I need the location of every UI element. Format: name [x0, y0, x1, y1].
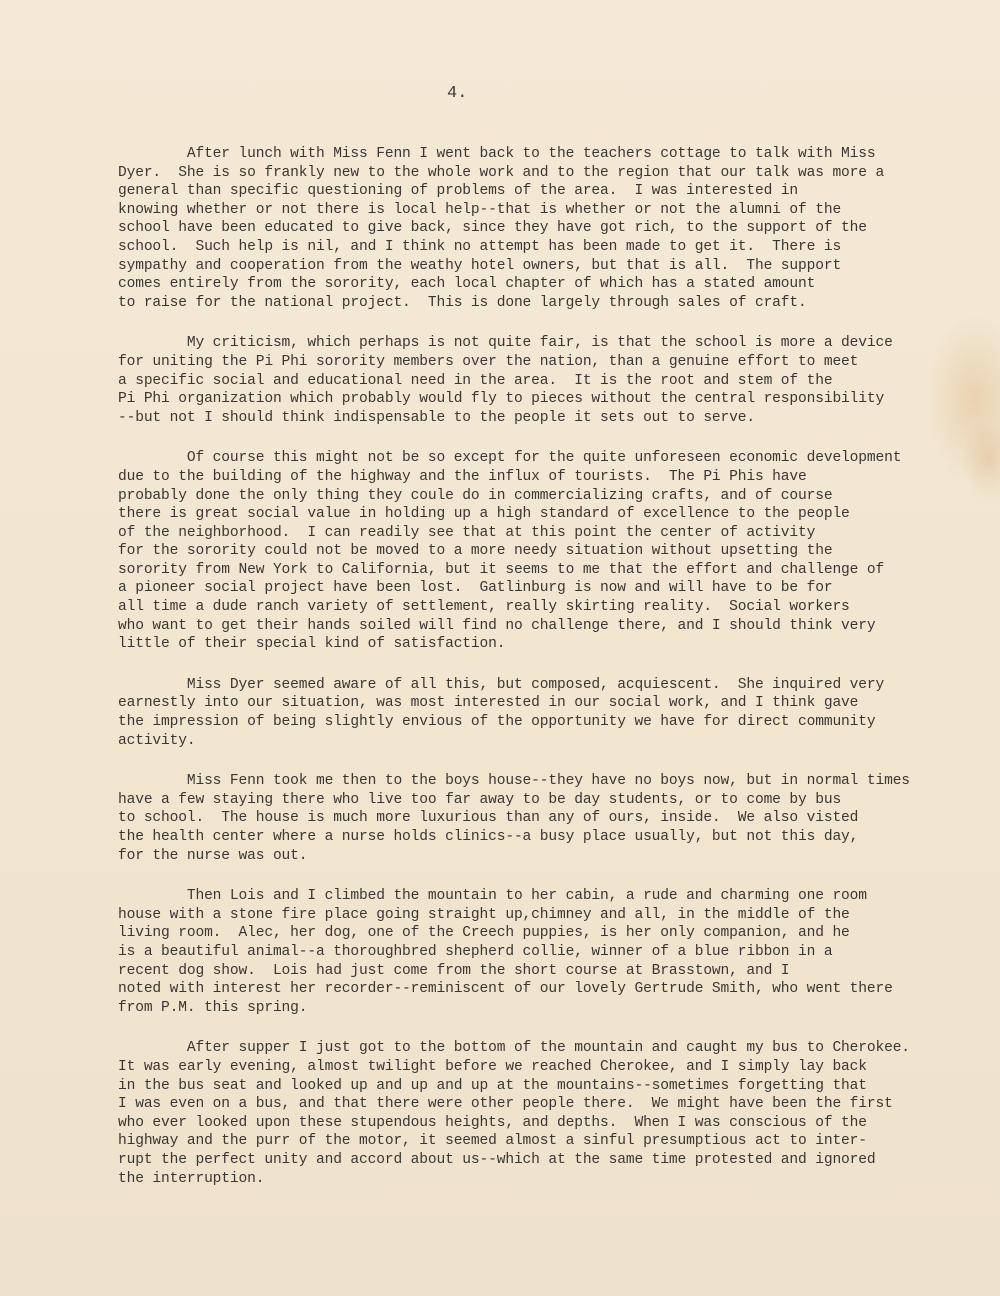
text-line: school. Such help is nil, and I think no… — [118, 238, 998, 257]
text-line: sorority from New York to California, bu… — [118, 561, 998, 580]
text-line: earnestly into our situation, was most i… — [118, 694, 998, 713]
text-line: due to the building of the highway and t… — [118, 468, 998, 487]
text-line: who ever looked upon these stupendous he… — [118, 1114, 998, 1133]
text-line: a specific social and educational need i… — [118, 372, 998, 391]
text-line: little of their special kind of satisfac… — [118, 635, 998, 654]
text-line: who want to get their hands soiled will … — [118, 617, 998, 636]
text-line: highway and the purr of the motor, it se… — [118, 1132, 998, 1151]
paragraph-lunch-with-miss-fenn: After lunch with Miss Fenn I went back t… — [118, 145, 998, 312]
text-line: probably done the only thing they coule … — [118, 487, 998, 506]
text-line: After lunch with Miss Fenn I went back t… — [118, 145, 998, 164]
paragraph-criticism: My criticism, which perhaps is not quite… — [118, 334, 998, 427]
text-line: from P.M. this spring. — [118, 999, 998, 1018]
typewritten-page: 4. After lunch with Miss Fenn I went bac… — [0, 0, 1000, 1296]
text-line: school have been educated to give back, … — [118, 219, 998, 238]
text-line: I was even on a bus, and that there were… — [118, 1095, 998, 1114]
paragraph-economic-development: Of course this might not be so except fo… — [118, 449, 998, 654]
text-line: of the neighborhood. I can readily see t… — [118, 524, 998, 543]
text-line: comes entirely from the sorority, each l… — [118, 275, 998, 294]
letter-body: After lunch with Miss Fenn I went back t… — [118, 145, 998, 1210]
text-line: for the nurse was out. — [118, 847, 998, 866]
text-line: the impression of being slightly envious… — [118, 713, 998, 732]
text-line: --but not I should think indispensable t… — [118, 409, 998, 428]
text-line: there is great social value in holding u… — [118, 505, 998, 524]
text-line: for the sorority could not be moved to a… — [118, 542, 998, 561]
page-number: 4. — [447, 84, 467, 103]
text-line: Miss Fenn took me then to the boys house… — [118, 772, 998, 791]
text-line: all time a dude ranch variety of settlem… — [118, 598, 998, 617]
paragraph-miss-dyer: Miss Dyer seemed aware of all this, but … — [118, 676, 998, 750]
text-line: My criticism, which perhaps is not quite… — [118, 334, 998, 353]
text-line: recent dog show. Lois had just come from… — [118, 962, 998, 981]
paragraph-lois-cabin: Then Lois and I climbed the mountain to … — [118, 887, 998, 1017]
paragraph-boys-house: Miss Fenn took me then to the boys house… — [118, 772, 998, 865]
text-line: Pi Phi organization which probably would… — [118, 390, 998, 409]
text-line: living room. Alec, her dog, one of the C… — [118, 924, 998, 943]
text-line: a pioneer social project have been lost.… — [118, 579, 998, 598]
text-line: general than specific questioning of pro… — [118, 182, 998, 201]
text-line: rupt the perfect unity and accord about … — [118, 1151, 998, 1170]
text-line: activity. — [118, 732, 998, 751]
text-line: is a beautiful animal--a thoroughbred sh… — [118, 943, 998, 962]
text-line: Of course this might not be so except fo… — [118, 449, 998, 468]
text-line: Miss Dyer seemed aware of all this, but … — [118, 676, 998, 695]
text-line: for uniting the Pi Phi sorority members … — [118, 353, 998, 372]
text-line: have a few staying there who live too fa… — [118, 791, 998, 810]
text-line: to school. The house is much more luxuri… — [118, 809, 998, 828]
text-line: knowing whether or not there is local he… — [118, 201, 998, 220]
text-line: house with a stone fire place going stra… — [118, 906, 998, 925]
text-line: Dyer. She is so frankly new to the whole… — [118, 164, 998, 183]
text-line: in the bus seat and looked up and up and… — [118, 1077, 998, 1096]
text-line: sympathy and cooperation from the weathy… — [118, 257, 998, 276]
text-line: It was early evening, almost twilight be… — [118, 1058, 998, 1077]
text-line: After supper I just got to the bottom of… — [118, 1039, 998, 1058]
text-line: the interruption. — [118, 1170, 998, 1189]
text-line: the health center where a nurse holds cl… — [118, 828, 998, 847]
text-line: to raise for the national project. This … — [118, 294, 998, 313]
paragraph-bus-to-cherokee: After supper I just got to the bottom of… — [118, 1039, 998, 1188]
text-line: Then Lois and I climbed the mountain to … — [118, 887, 998, 906]
text-line: noted with interest her recorder--remini… — [118, 980, 998, 999]
